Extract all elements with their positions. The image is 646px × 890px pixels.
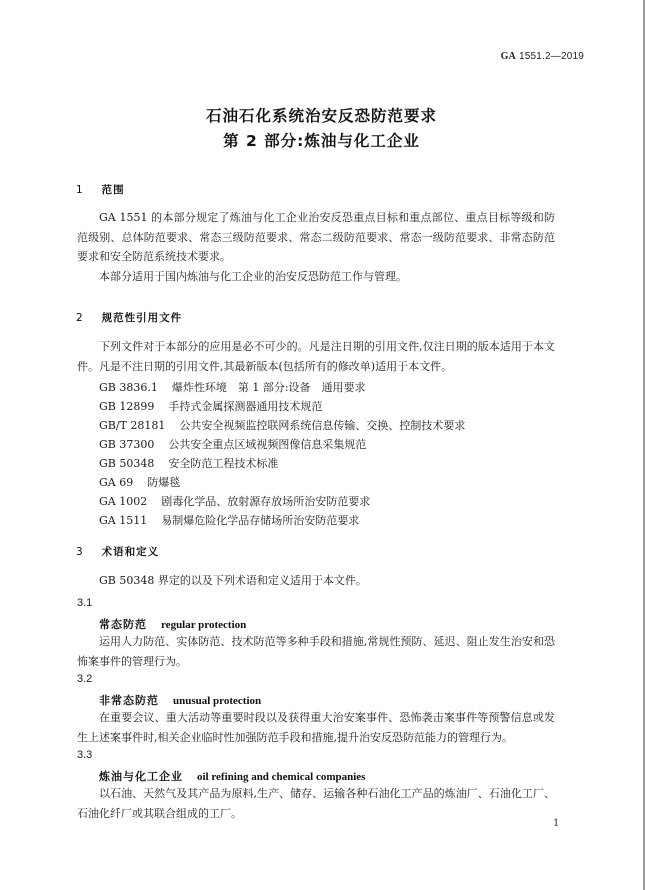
section-number: 1 [76, 184, 98, 196]
term-heading: 炼油与化工企业oil refining and chemical compani… [99, 768, 365, 784]
reference-item: GB 3836.1爆炸性环境 第 1 部分:设备 通用要求 [99, 379, 366, 395]
section-title: 范围 [102, 184, 125, 196]
section-title: 规范性引用文件 [102, 312, 183, 324]
term-english: regular protection [161, 619, 246, 631]
section-heading-terms-and-definitions: 3 术语和定义 [76, 544, 159, 559]
reference-code: GB 3836.1 [99, 381, 158, 394]
section-title: 术语和定义 [102, 546, 160, 558]
reference-item: GB 12899手持式金属探测器通用技术规范 [99, 398, 322, 414]
reference-item: GB 50348安全防范工程技术标准 [99, 455, 278, 471]
reference-title: 公共安全视频监控联网系统信息传输、交换、控制技术要求 [179, 419, 465, 432]
document-subtitle: 第 2 部分:炼油与化工企业 [0, 129, 643, 151]
term-chinese: 炼油与化工企业 [99, 770, 183, 783]
section-number: 2 [76, 312, 98, 324]
term-heading: 常态防范regular protection [99, 616, 246, 632]
term-number: 3.1 [77, 597, 92, 609]
reference-title: 公共安全重点区域视频图像信息采集规范 [168, 438, 366, 451]
references-intro-paragraph: 下列文件对于本部分的应用是必不可少的。凡是注日期的引用文件,仅注日期的版本适用于… [77, 337, 555, 376]
term-chinese: 常态防范 [99, 618, 147, 631]
scope-paragraph-2: 本部分适用于国内炼油与化工企业的治安反恐防范工作与管理。 [77, 267, 555, 287]
document-page: GA 1551.2—2019 石油石化系统治安反恐防范要求 第 2 部分:炼油与… [0, 0, 645, 890]
reference-code: GA 1002 [99, 495, 147, 508]
reference-item: GA 1002剧毒化学品、放射源存放场所治安防范要求 [99, 493, 370, 509]
term-english: unusual protection [173, 695, 261, 707]
reference-title: 防爆毯 [147, 476, 180, 489]
term-definition: 运用人力防范、实体防范、技术防范等多种手段和措施,常规性预防、延迟、阻止发生治安… [77, 632, 555, 671]
reference-code: GA 1511 [99, 514, 147, 527]
reference-title: 易制爆危险化学品存储场所治安防范要求 [161, 514, 359, 527]
reference-title: 安全防范工程技术标准 [168, 457, 278, 470]
reference-item: GB/T 28181公共安全视频监控联网系统信息传输、交换、控制技术要求 [99, 417, 465, 433]
reference-item: GA 1511易制爆危险化学品存储场所治安防范要求 [99, 512, 359, 528]
reference-code: GB 37300 [99, 438, 154, 451]
standard-prefix: GA [501, 51, 516, 62]
reference-title: 剧毒化学品、放射源存放场所治安防范要求 [161, 495, 370, 508]
reference-item: GB 37300公共安全重点区域视频图像信息采集规范 [99, 436, 366, 452]
page-number: 1 [553, 818, 559, 829]
reference-title: 爆炸性环境 第 1 部分:设备 通用要求 [172, 381, 366, 394]
term-chinese: 非常态防范 [99, 694, 159, 707]
reference-code: GB/T 28181 [99, 419, 165, 432]
reference-title: 手持式金属探测器通用技术规范 [168, 400, 322, 413]
term-definition: 以石油、天然气及其产品为原料,生产、储存、运输各种石油化工产品的炼油厂、石油化工… [77, 784, 555, 823]
term-number: 3.3 [77, 749, 92, 761]
term-definition: 在重要会议、重大活动等重要时段以及获得重大治安案事件、恐怖袭击案事件等预警信息或… [77, 708, 555, 747]
reference-code: GB 50348 [99, 457, 154, 470]
reference-code: GA 69 [99, 476, 133, 489]
scope-paragraph-1: GA 1551 的本部分规定了炼油与化工企业治安反恐重点目标和重点部位、重点目标… [77, 208, 555, 267]
term-number: 3.2 [77, 673, 92, 685]
standard-code: GA 1551.2—2019 [501, 51, 584, 62]
term-heading: 非常态防范unusual protection [99, 692, 261, 708]
standard-number: 1551.2—2019 [519, 51, 584, 62]
term-english: oil refining and chemical companies [197, 771, 365, 783]
reference-item: GA 69防爆毯 [99, 474, 180, 490]
reference-code: GB 12899 [99, 400, 154, 413]
section-number: 3 [76, 546, 98, 558]
section-heading-scope: 1 范围 [76, 182, 125, 197]
document-title: 石油石化系统治安反恐防范要求 [0, 104, 643, 126]
terms-intro-paragraph: GB 50348 界定的以及下列术语和定义适用于本文件。 [77, 571, 555, 591]
section-heading-normative-references: 2 规范性引用文件 [76, 310, 182, 325]
